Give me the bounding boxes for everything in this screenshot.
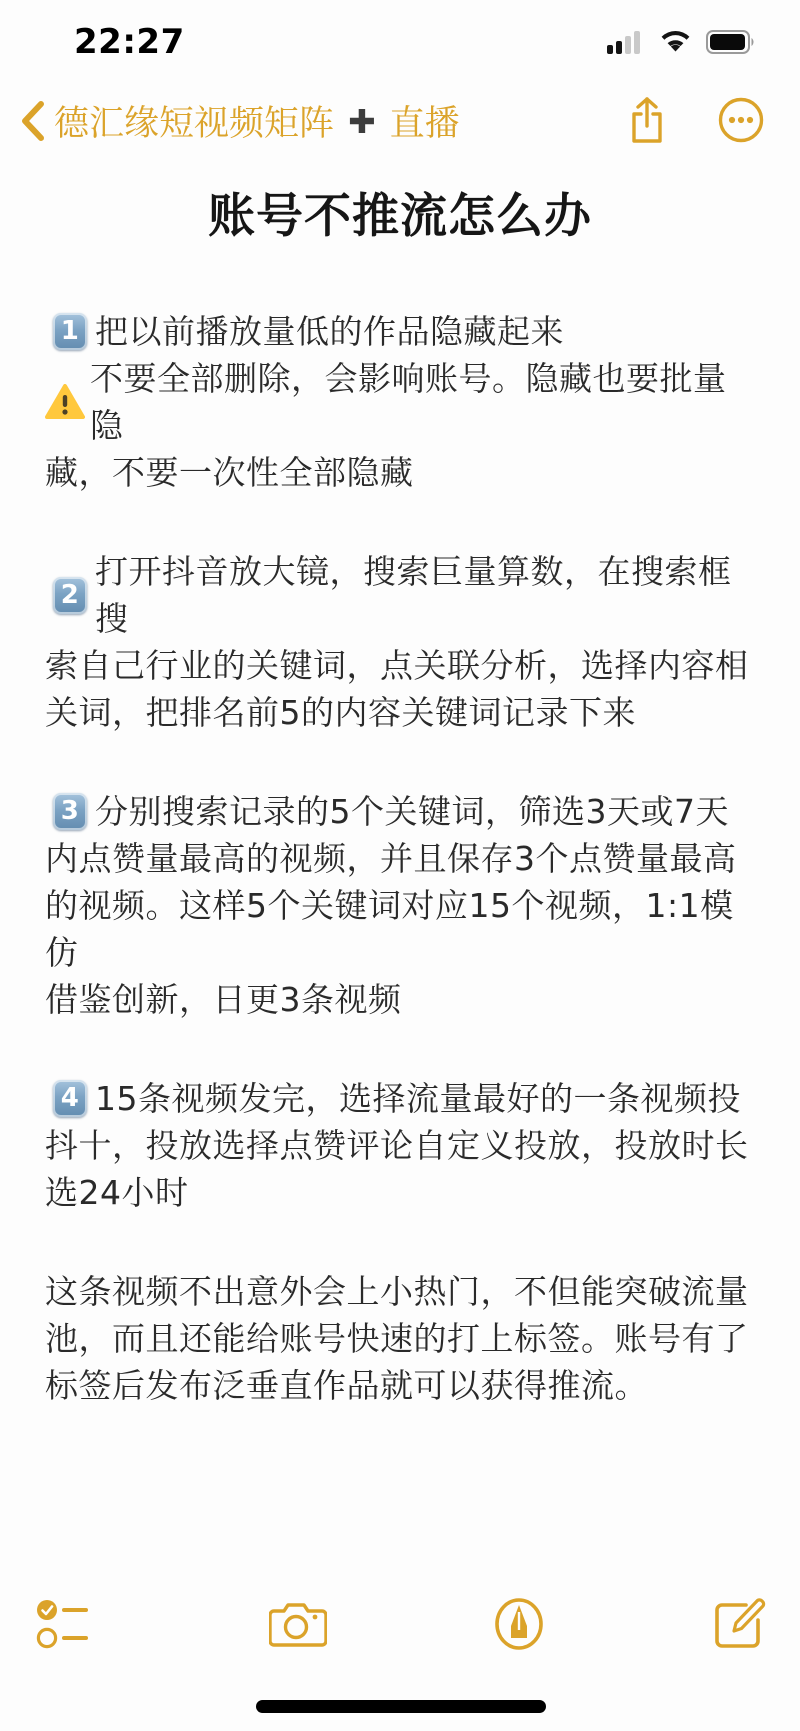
warning-icon: [45, 384, 85, 421]
text-line: 选24小时: [45, 1169, 758, 1216]
line-text: 关词，把排名前5的内容关键词记录下来: [45, 689, 636, 736]
wifi-icon: [659, 30, 692, 58]
note-body[interactable]: 1 把以前播放量低的作品隐藏起来 不要全部删除，会影响账号。隐藏也要批量隐 藏，…: [0, 308, 800, 1409]
line-text: 不要全部删除，会影响账号。隐藏也要批量隐: [90, 355, 758, 449]
folder-title-suffix: 直播: [390, 96, 460, 146]
text-line: 抖十，投放选择点赞评论自定义投放，投放时长: [45, 1122, 758, 1169]
line-text: 内点赞量最高的视频，并且保存3个点赞量最高: [45, 835, 737, 882]
checklist-button[interactable]: [36, 1598, 102, 1653]
text-line: 关词，把排名前5的内容关键词记录下来: [45, 689, 758, 736]
camera-button[interactable]: [269, 1600, 327, 1651]
text-line: 内点赞量最高的视频，并且保存3个点赞量最高: [45, 835, 758, 882]
line-text: 分别搜索记录的5个关键词，筛选3天或7天: [95, 788, 729, 835]
markup-button[interactable]: [493, 1596, 545, 1655]
compose-button[interactable]: [712, 1597, 770, 1654]
folder-title: 德汇缘短视频矩阵: [54, 96, 334, 146]
status-time: 22:27: [74, 22, 185, 62]
chevron-left-icon: [20, 101, 44, 141]
status-bar: 22:27: [0, 0, 800, 70]
nav-bar: 德汇缘短视频矩阵 ✚ 直播: [0, 92, 800, 150]
share-icon: [628, 96, 666, 147]
battery-icon: [706, 30, 756, 58]
text-line: 不要全部删除，会影响账号。隐藏也要批量隐: [45, 355, 758, 449]
text-line: 标签后发布泛垂直作品就可以获得推流。: [45, 1362, 758, 1409]
line-text: 藏，不要一次性全部隐藏: [45, 449, 414, 496]
keycap-4-icon: 4: [53, 1080, 87, 1117]
text-line: 池，而且还能给账号快速的打上标签。账号有了: [45, 1315, 758, 1362]
back-button[interactable]: 德汇缘短视频矩阵 ✚ 直播: [20, 96, 460, 146]
note-title: 账号不推流怎么办: [0, 188, 800, 246]
camera-icon: [269, 1600, 327, 1651]
line-text: 标签后发布泛垂直作品就可以获得推流。: [45, 1362, 648, 1409]
checklist-icon: [36, 1598, 102, 1653]
keycap-2-icon: 2: [53, 577, 87, 614]
section-4: 4 15条视频发完，选择流量最好的一条视频投 抖十，投放选择点赞评论自定义投放，…: [45, 1075, 758, 1216]
notes-app-screen: 22:27: [0, 0, 800, 1731]
line-text: 选24小时: [45, 1169, 189, 1216]
text-line: 藏，不要一次性全部隐藏: [45, 449, 758, 496]
keycap-1-icon: 1: [53, 313, 87, 350]
text-line: 4 15条视频发完，选择流量最好的一条视频投: [45, 1075, 758, 1122]
line-text: 把以前播放量低的作品隐藏起来: [95, 308, 564, 355]
line-text: 打开抖音放大镜，搜索巨量算数，在搜索框搜: [95, 548, 758, 642]
share-button[interactable]: [628, 96, 666, 147]
plus-symbol: ✚: [348, 102, 376, 141]
home-indicator[interactable]: [256, 1700, 546, 1713]
line-text: 的视频。这样5个关键词对应15个视频，1:1模仿: [45, 882, 758, 976]
more-icon: [718, 97, 764, 146]
line-text: 15条视频发完，选择流量最好的一条视频投: [95, 1075, 741, 1122]
compose-icon: [712, 1597, 770, 1654]
line-text: 这条视频不出意外会上小热门，不但能突破流量: [45, 1268, 749, 1315]
text-line: 3 分别搜索记录的5个关键词，筛选3天或7天: [45, 788, 758, 835]
line-text: 借鉴创新，日更3条视频: [45, 976, 402, 1023]
section-2: 2 打开抖音放大镜，搜索巨量算数，在搜索框搜 索自己行业的关键词，点关联分析，选…: [45, 548, 758, 736]
section-3: 3 分别搜索记录的5个关键词，筛选3天或7天 内点赞量最高的视频，并且保存3个点…: [45, 788, 758, 1023]
line-text: 抖十，投放选择点赞评论自定义投放，投放时长: [45, 1122, 749, 1169]
text-line: 借鉴创新，日更3条视频: [45, 976, 758, 1023]
text-line: 这条视频不出意外会上小热门，不但能突破流量: [45, 1268, 758, 1315]
text-line: 2 打开抖音放大镜，搜索巨量算数，在搜索框搜: [45, 548, 758, 642]
keycap-3-icon: 3: [53, 793, 87, 830]
section-1: 1 把以前播放量低的作品隐藏起来 不要全部删除，会影响账号。隐藏也要批量隐 藏，…: [45, 308, 758, 496]
text-line: 的视频。这样5个关键词对应15个视频，1:1模仿: [45, 882, 758, 976]
line-text: 索自己行业的关键词，点关联分析，选择内容相: [45, 642, 749, 689]
section-5: 这条视频不出意外会上小热门，不但能突破流量 池，而且还能给账号快速的打上标签。账…: [45, 1268, 758, 1409]
markup-icon: [493, 1596, 545, 1655]
cellular-signal-icon: [607, 30, 645, 58]
more-button[interactable]: [718, 97, 764, 146]
bottom-toolbar: [0, 1592, 800, 1658]
line-text: 池，而且还能给账号快速的打上标签。账号有了: [45, 1315, 749, 1362]
text-line: 1 把以前播放量低的作品隐藏起来: [45, 308, 758, 355]
text-line: 索自己行业的关键词，点关联分析，选择内容相: [45, 642, 758, 689]
